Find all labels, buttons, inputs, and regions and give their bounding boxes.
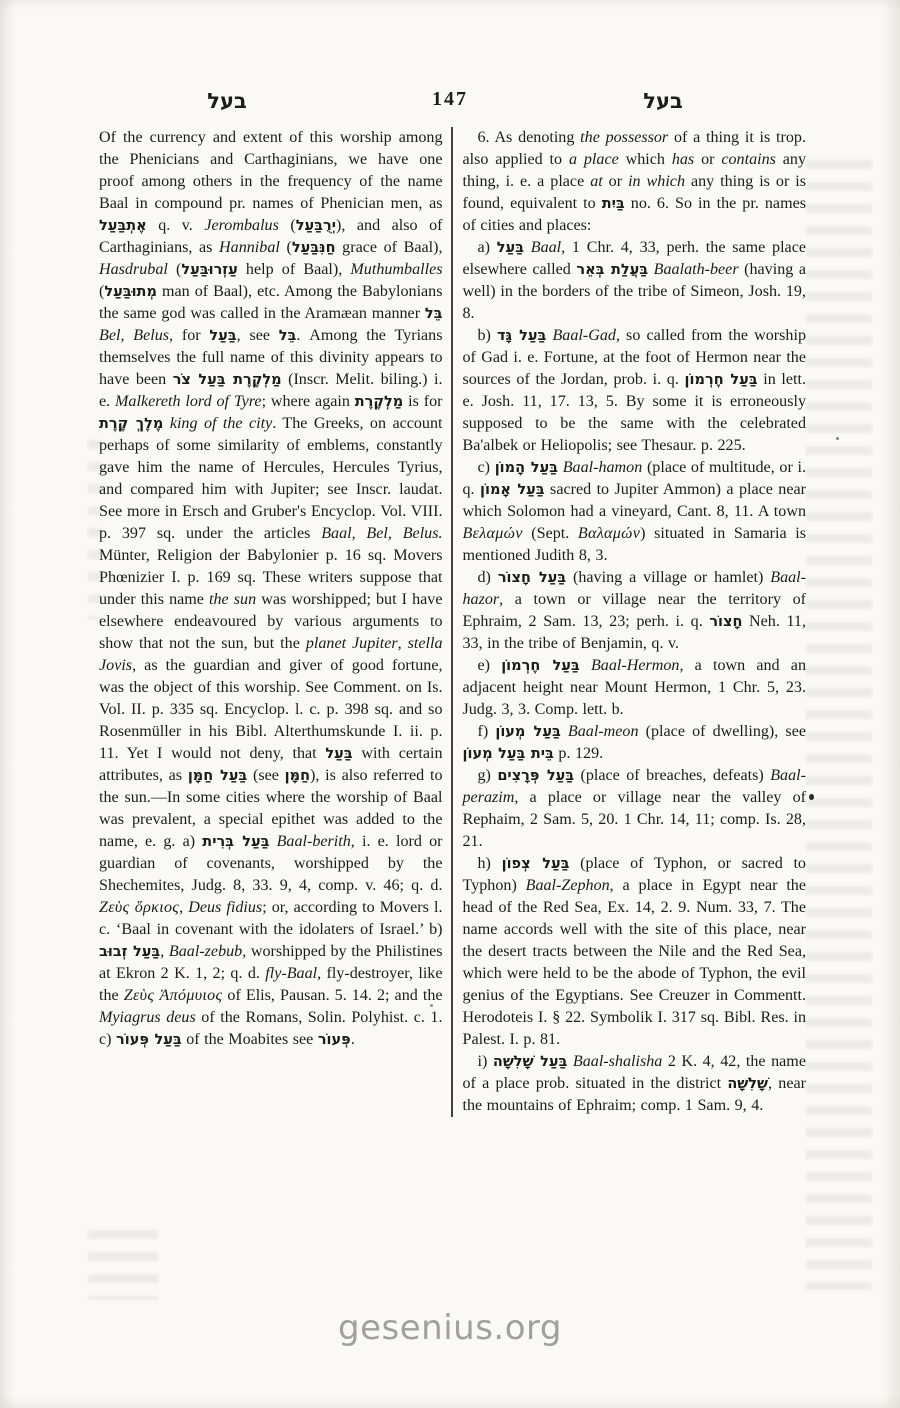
- hebrew-word: בַּעַל פְּרָצִים: [497, 768, 574, 784]
- dictionary-paragraph: c) בַּעַל הָמוֹן Baal-hamon (place of mu…: [463, 457, 807, 567]
- hebrew-word: בַּעַל חֶרְמוֹן: [685, 372, 758, 388]
- page-header: בעל 147 בעל: [0, 88, 900, 116]
- hebrew-word: בַּעַל זְבוּב: [99, 944, 160, 960]
- hebrew-word: בַּעַל: [209, 328, 236, 344]
- dictionary-paragraph: 6. As denoting the possessor of a thing …: [463, 127, 807, 237]
- dictionary-paragraph: d) בַּעַל חָצוֹר (having a village or ha…: [463, 567, 807, 655]
- hebrew-word: אֶתְבַּעַל: [99, 218, 147, 234]
- dictionary-paragraph: e) בַּעַל חֶרְמוֹן Baal-Hermon, a town a…: [463, 655, 807, 721]
- dictionary-paragraph: g) בַּעַל פְּרָצִים (place of breaches, …: [463, 765, 807, 853]
- page-number: 147: [0, 88, 900, 111]
- hebrew-word: בַּעַל חֶרְמוֹן: [501, 658, 580, 674]
- hebrew-word: עַזְרוּבַּעַל: [181, 262, 237, 278]
- dictionary-paragraph: h) בַּעַל צְפוֹן (place of Typhon, or sa…: [463, 853, 807, 1051]
- greek-word: Ζεὺς Ἀπόμυιος: [124, 987, 223, 1004]
- hebrew-word: יְרֻבַּעַל: [296, 218, 336, 234]
- text-columns: Of the currency and extent of this worsh…: [99, 127, 806, 1117]
- hebrew-word: בַּיִת: [602, 196, 625, 212]
- dictionary-paragraph: i) בַּעַל שָׁלִשָׁה Baal-shalisha 2 K. 4…: [463, 1051, 807, 1117]
- hebrew-word: חָצוֹר: [709, 614, 742, 630]
- hebrew-word: בֵּל: [425, 306, 443, 322]
- hebrew-word: בַּעֲלַת בְּאֵר: [576, 262, 648, 278]
- hebrew-word: בַּעַל גָּד: [497, 328, 546, 344]
- hebrew-word: בַּעַל בְּרִית: [202, 834, 269, 850]
- hebrew-word: בַּעַל הָמוֹן: [495, 460, 558, 476]
- greek-word: Βαλαμών: [578, 525, 640, 542]
- hebrew-word: מֶלֶךְ קֶרֶת: [99, 416, 163, 432]
- greek-word: Ζεὺς ὅρκιος: [99, 899, 179, 916]
- hebrew-word: חַמָּן: [285, 768, 310, 784]
- hebrew-word: בַּעַל חַמָּן: [188, 768, 247, 784]
- hebrew-word: בֵּל: [279, 328, 297, 344]
- hebrew-word: בַּעַל: [325, 746, 352, 762]
- dictionary-paragraph: a) בַּעַל Baal, 1 Chr. 4, 33, perh. the …: [463, 237, 807, 325]
- column-right: 6. As denoting the possessor of a thing …: [453, 127, 807, 1117]
- hebrew-word: בַּעַל צְפוֹן: [502, 856, 570, 872]
- hebrew-word: בַּעַל שָׁלִשָׁה: [493, 1054, 567, 1070]
- greek-word: Βελαμών: [463, 525, 523, 542]
- hebrew-word: בַּעַל אָמוֹן: [480, 482, 545, 498]
- dictionary-paragraph: b) בַּעַל גָּד Baal-Gad, so called from …: [463, 325, 807, 457]
- ink-speck: [809, 794, 814, 800]
- hebrew-word: מַלְקֶרֶת בַּעַל צֹר: [173, 372, 282, 388]
- hebrew-word: בַּעַל פְּעוֹר: [116, 1032, 182, 1048]
- hebrew-word: בַּעַל: [497, 240, 524, 256]
- header-catchword-right: בעל: [608, 88, 718, 113]
- ink-speck: [836, 437, 839, 440]
- hebrew-word: שָׁלִשָׁה: [727, 1076, 768, 1092]
- hebrew-word: בַּעַל מְעוֹן: [495, 724, 560, 740]
- hebrew-word: מַלְקֶרֶת: [355, 394, 404, 410]
- hebrew-word: מְתוּבַּעַל: [104, 284, 157, 300]
- hebrew-word: בַּעַל חָצוֹר: [498, 570, 566, 586]
- ink-speck: [430, 1004, 433, 1007]
- hebrew-word: פְּעוֹר: [318, 1032, 351, 1048]
- column-left: Of the currency and extent of this worsh…: [99, 127, 451, 1117]
- dictionary-paragraph: f) בַּעַל מְעוֹן Baal-meon (place of dwe…: [463, 721, 807, 765]
- dictionary-paragraph: Of the currency and extent of this worsh…: [99, 127, 443, 1051]
- hebrew-word: חַנִּבַּעַל: [292, 240, 336, 256]
- watermark-text: gesenius.org: [0, 1308, 900, 1348]
- hebrew-word: בֵּית בַּעַל מְעוֹן: [463, 746, 554, 762]
